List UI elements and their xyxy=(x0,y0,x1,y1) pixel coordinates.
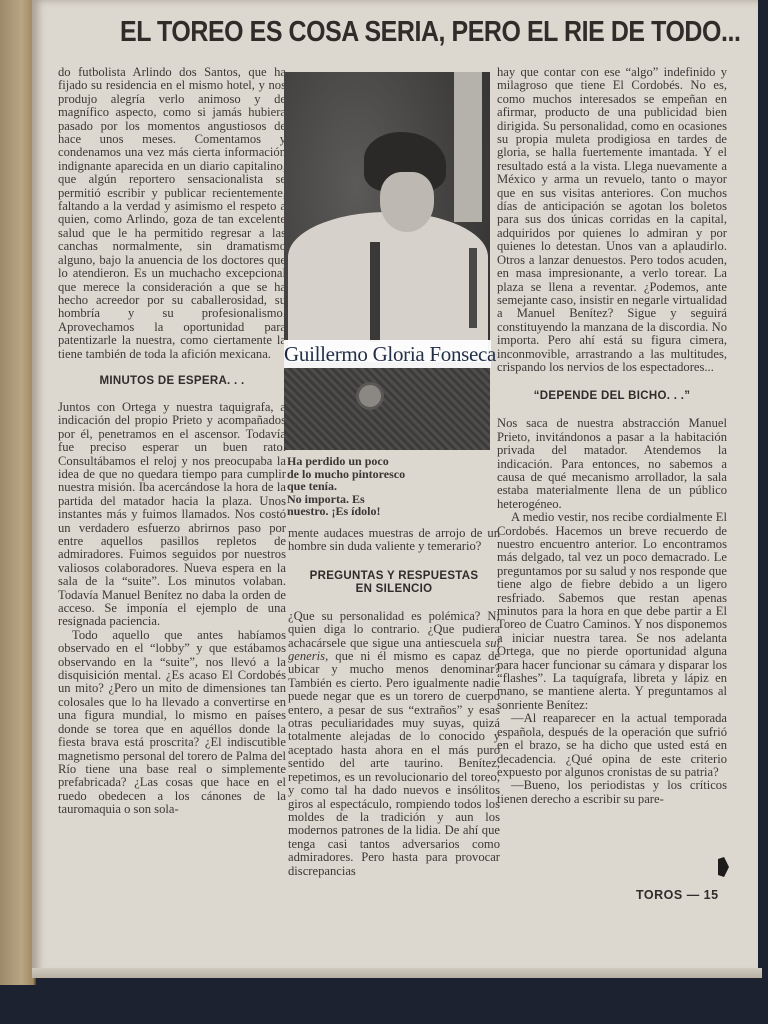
paragraph: Todo aquello que antes habíamos observad… xyxy=(58,629,286,817)
paragraph: ¿Que su personalidad es polémica? Ni qui… xyxy=(288,610,500,878)
page-bottom-edge xyxy=(32,968,762,978)
subhead-depende-del-bicho: “DEPENDE DEL BICHO. . .” xyxy=(497,390,727,403)
caption-line: que tenía. xyxy=(287,480,487,493)
photo-credit-label: Guillermo Gloria Fonseca xyxy=(284,340,491,368)
subhead-minutos-de-espera: MINUTOS DE ESPERA. . . xyxy=(58,375,286,388)
paragraph: mente audaces muestras de arrojo de un h… xyxy=(288,527,500,554)
paragraph: Nos saca de nuestra abstracción Manuel P… xyxy=(497,417,727,511)
caption-line: nuestro. ¡Es ídolo! xyxy=(287,505,487,518)
caption-line: Ha perdido un poco xyxy=(287,455,487,468)
paragraph: —Bueno, los periodistas y los críticos t… xyxy=(497,779,727,806)
subhead-preguntas-line2: EN SILENCIO xyxy=(288,583,500,596)
paragraph: —Al reaparecer en la actual temporada es… xyxy=(497,712,727,779)
paragraph: Juntos con Ortega y nuestra taquigrafa, … xyxy=(58,401,286,629)
photo-caption: Ha perdido un poco de lo mucho pintoresc… xyxy=(287,455,487,518)
page-folio: TOROS — 15 xyxy=(636,888,719,902)
photo-el-cordobes xyxy=(284,72,490,450)
column-2: mente audaces muestras de arrojo de un h… xyxy=(288,527,500,878)
subhead-preguntas-line1: PREGUNTAS Y RESPUESTAS xyxy=(288,570,500,583)
facing-page-edge xyxy=(0,0,36,985)
column-3: hay que contar con ese “algo” indefinido… xyxy=(497,66,727,806)
paragraph: do futbolista Arlindo dos Santos, que ha… xyxy=(58,66,286,361)
paragraph: hay que contar con ese “algo” indefinido… xyxy=(497,66,727,374)
article-title: EL TOREO ES COSA SERIA, PERO EL RIE DE T… xyxy=(120,16,688,49)
column-1: do futbolista Arlindo dos Santos, que ha… xyxy=(58,66,286,817)
paragraph: A medio vestir, nos recibe cordialmente … xyxy=(497,511,727,712)
